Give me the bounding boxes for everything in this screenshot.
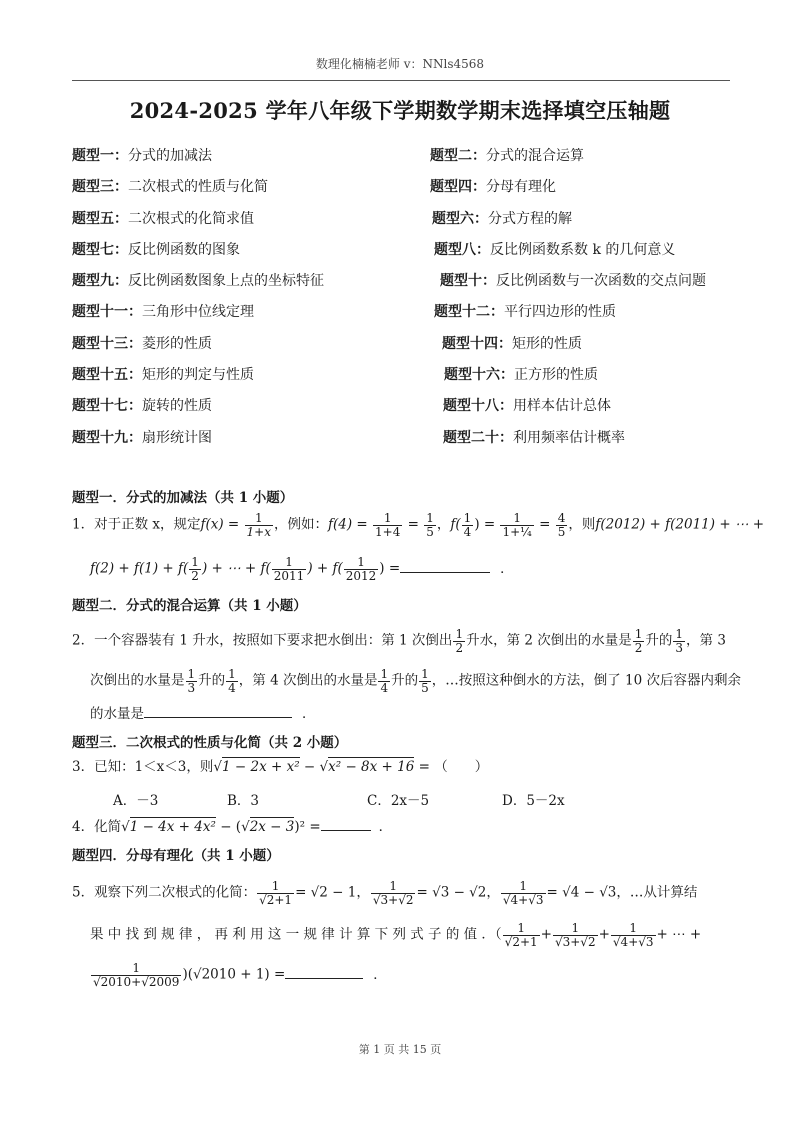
topic-item: 题型十八：用样本估计总体	[443, 395, 611, 415]
question-3: 3．已知：1＜x＜3，则√1 − 2x + x² − √x² − 8x + 16…	[72, 761, 488, 775]
question-5-line-1: 5．观察下列二次根式的化简：1√2+1= √2 − 1，1√3+√2= √3 −…	[72, 880, 697, 906]
fraction: 45	[556, 512, 568, 538]
question-5-line-3: 1√2010+√2009)(√2010 + 1) =．	[90, 962, 387, 988]
page-header-watermark: 数理化楠楠老师 v：NNls4568	[0, 55, 800, 72]
topic-item: 题型十一：三角形中位线定理	[72, 301, 254, 321]
section-heading: 题型二．分式的混合运算（共 1 小题）	[72, 594, 307, 614]
topic-item: 题型十四：矩形的性质	[442, 333, 582, 353]
question-5-line-2: 果 中 找 到 规 律 ， 再 利 用 这 一 规 律 计 算 下 列 式 子 …	[90, 922, 701, 948]
topic-row: 题型十一：三角形中位线定理 题型十二：平行四边形的性质	[72, 301, 752, 332]
answer-blank[interactable]	[321, 818, 371, 831]
question-1-line-2: f(2) + f(1) + f(12) + ⋯ + f(12011) + f(1…	[90, 556, 514, 582]
topic-row: 题型五：二次根式的化简求值 题型六：分式方程的解	[72, 208, 752, 239]
section-heading: 题型三．二次根式的性质与化简（共 2 小题）	[72, 731, 347, 751]
topic-item: 题型九：反比例函数图象上点的坐标特征	[72, 270, 324, 290]
topic-row: 题型九：反比例函数图象上点的坐标特征 题型十：反比例函数与一次函数的交点问题	[72, 270, 752, 301]
answer-blank[interactable]	[144, 705, 292, 718]
topic-row: 题型七：反比例函数的图象 题型八：反比例函数系数 k 的几何意义	[72, 239, 752, 270]
header-divider	[72, 80, 730, 81]
topic-item: 题型十三：菱形的性质	[72, 333, 212, 353]
topic-item: 题型五：二次根式的化简求值	[72, 208, 254, 228]
topic-item: 题型十五：矩形的判定与性质	[72, 364, 254, 384]
option-d[interactable]: D．5－2x	[502, 789, 565, 809]
topic-row: 题型十三：菱形的性质 题型十四：矩形的性质	[72, 333, 752, 364]
topic-item: 题型六：分式方程的解	[432, 208, 572, 228]
topic-row: 题型一：分式的加减法 题型二：分式的混合运算	[72, 145, 752, 176]
fraction: 14	[462, 512, 474, 538]
topic-row: 题型十九：扇形统计图 题型二十：利用频率估计概率	[72, 427, 752, 458]
topic-item: 题型七：反比例函数的图象	[72, 239, 240, 259]
topic-item: 题型一：分式的加减法	[72, 145, 212, 165]
fraction: 11+x	[245, 512, 273, 538]
question-4: 4．化简√1 − 4x + 4x² − (√2x − 3)² =．	[72, 818, 392, 835]
topic-item: 题型二十：利用频率估计概率	[443, 427, 625, 447]
topic-row: 题型三：二次根式的性质与化简 题型四：分母有理化	[72, 176, 752, 207]
question-2-line-3: 的水量是．	[90, 705, 316, 722]
fraction: 12012	[344, 556, 379, 582]
topic-item: 题型十六：正方形的性质	[444, 364, 598, 384]
fraction: 12	[189, 556, 201, 582]
section-heading: 题型四．分母有理化（共 1 小题）	[72, 844, 280, 864]
option-b[interactable]: B．3	[227, 789, 259, 809]
topic-item: 题型八：反比例函数系数 k 的几何意义	[434, 239, 675, 259]
topic-item: 题型四：分母有理化	[430, 176, 556, 196]
answer-blank[interactable]	[285, 966, 363, 979]
topic-item: 题型十七：旋转的性质	[72, 395, 212, 415]
page-number: 第 1 页 共 15 页	[0, 1041, 800, 1057]
question-1-line-1: 1．对于正数 x，规定f(x) = 11+x，例如：f(4) = 11+4 = …	[72, 512, 764, 538]
document-page: 数理化楠楠老师 v：NNls4568 2024-2025 学年八年级下学期数学期…	[0, 0, 800, 1130]
option-c[interactable]: C．2x－5	[367, 789, 429, 809]
document-title: 2024-2025 学年八年级下学期数学期末选择填空压轴题	[0, 95, 800, 125]
question-2-line-1: 2．一个容器装有 1 升水，按照如下要求把水倒出：第 1 次倒出12升水，第 2…	[72, 628, 726, 654]
topic-row: 题型十七：旋转的性质 题型十八：用样本估计总体	[72, 395, 752, 426]
answer-blank[interactable]	[400, 560, 490, 573]
topic-row: 题型十五：矩形的判定与性质 题型十六：正方形的性质	[72, 364, 752, 395]
topic-item: 题型十：反比例函数与一次函数的交点问题	[440, 270, 706, 290]
fraction: 11+4	[373, 512, 402, 538]
fraction: 12011	[272, 556, 307, 582]
topic-item: 题型十九：扇形统计图	[72, 427, 212, 447]
topic-item: 题型十二：平行四边形的性质	[434, 301, 616, 321]
fraction: 15	[424, 512, 436, 538]
fraction: 11+¼	[500, 512, 533, 538]
question-2-line-2: 次倒出的水量是13升的14，第 4 次倒出的水量是14升的15，…按照这种倒水的…	[90, 668, 741, 694]
section-heading: 题型一．分式的加减法（共 1 小题）	[72, 486, 293, 506]
option-a[interactable]: A．－3	[113, 789, 158, 809]
topic-list: 题型一：分式的加减法 题型二：分式的混合运算 题型三：二次根式的性质与化简 题型…	[72, 145, 752, 458]
topic-item: 题型二：分式的混合运算	[430, 145, 584, 165]
topic-item: 题型三：二次根式的性质与化简	[72, 176, 268, 196]
